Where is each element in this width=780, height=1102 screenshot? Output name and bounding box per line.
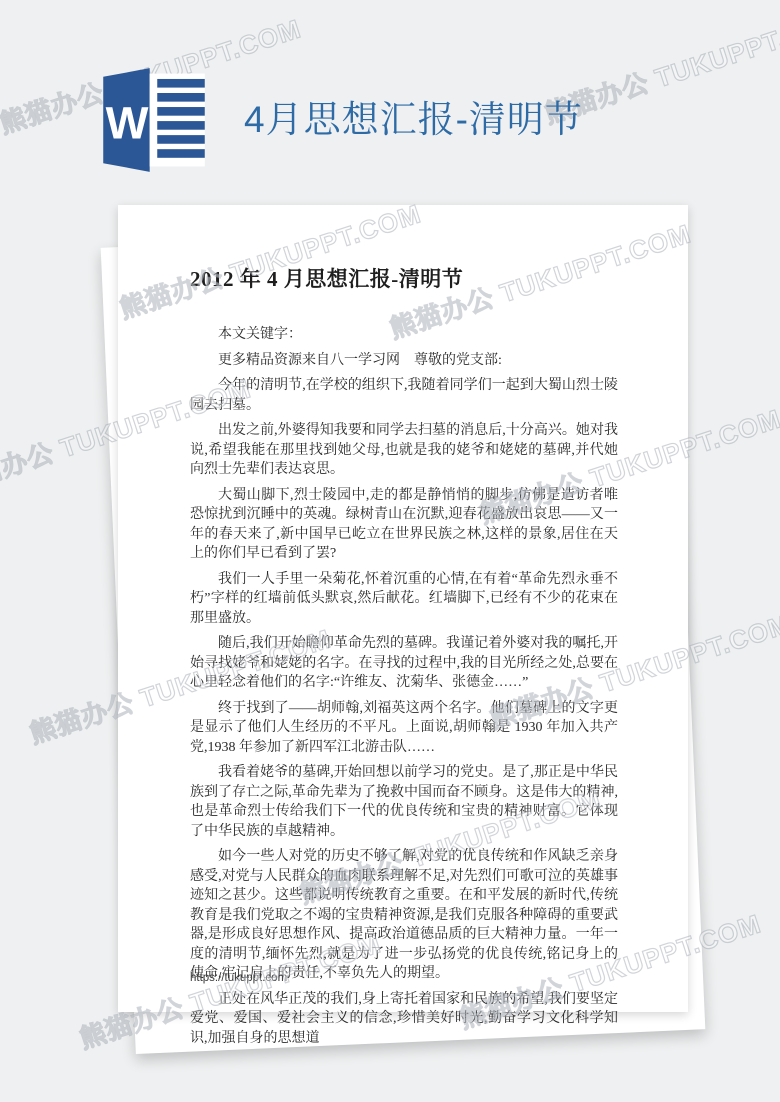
document-title: 2012 年 4 月思想汇报-清明节 xyxy=(190,263,618,293)
template-preview-screen: 熊猫办公 TUKUPPT.COM熊猫办公 TUKUPPT.COM熊猫办公 TUK… xyxy=(0,0,780,1102)
document-paragraph: 今年的清明节,在学校的组织下,我随着同学们一起到大蜀山烈士陵园去扫墓。 xyxy=(190,376,618,415)
document-paragraph: 我看着姥爷的墓碑,开始回想以前学习的党史。是了,那正是中华民族到了存亡之际,革命… xyxy=(190,763,618,841)
document-paragraph: 正处在风华正茂的我们,身上寄托着国家和民族的希望,我们要坚定爱党、爱国、爱社会主… xyxy=(190,990,618,1049)
document-paragraph: 本文关键字： xyxy=(190,325,618,345)
word-icon: W xyxy=(100,66,208,174)
document-body: 本文关键字：更多精品资源来自八一学习网 尊敬的党支部:今年的清明节,在学校的组织… xyxy=(190,325,618,1048)
word-icon-letter: W xyxy=(106,97,149,148)
document-page: 2012 年 4 月思想汇报-清明节 本文关键字：更多精品资源来自八一学习网 尊… xyxy=(118,205,688,1012)
header: W 4月思想汇报-清明节 xyxy=(100,66,760,174)
document-paragraph: 随后,我们开始瞻仰革命先烈的墓碑。我谨记着外婆对我的嘱托,开始寻找姥爷和姥姥的名… xyxy=(190,634,618,693)
document-paragraph: 出发之前,外婆得知我要和同学去扫墓的消息后,十分高兴。她对我说,希望我能在那里找… xyxy=(190,421,618,480)
document-footer-link[interactable]: https://tukuppt.com xyxy=(190,972,287,984)
document-paragraph: 如今一些人对党的历史不够了解,对党的优良传统和作风缺乏亲身感受,对党与人民群众的… xyxy=(190,847,618,984)
document-paragraph: 终于找到了——胡师翰,刘福英这两个名字。他们墓碑上的文字更是显示了他们人生经历的… xyxy=(190,699,618,758)
document-paragraph: 更多精品资源来自八一学习网 尊敬的党支部: xyxy=(190,351,618,371)
page-title: 4月思想汇报-清明节 xyxy=(244,100,583,141)
document-paragraph: 我们一人手里一朵菊花,怀着沉重的心情,在有着“革命先烈永垂不朽”字样的红墙前低头… xyxy=(190,570,618,629)
document-paragraph: 大蜀山脚下,烈士陵园中,走的都是静悄悄的脚步,仿佛是造访者唯恐惊扰到沉睡中的英魂… xyxy=(190,486,618,564)
